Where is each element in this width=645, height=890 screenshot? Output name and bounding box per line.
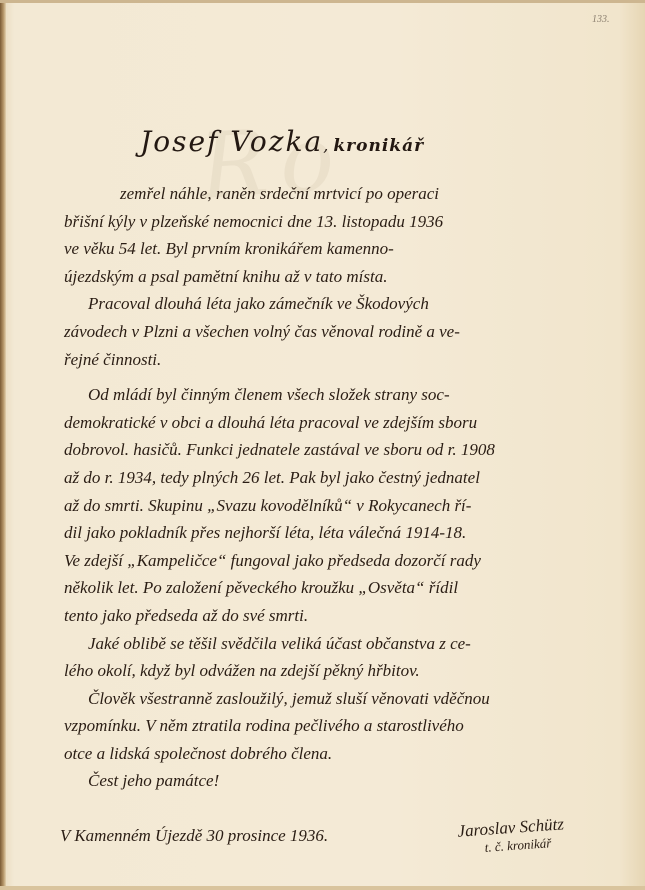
- text-line: několik let. Po založení pěveckého krouž…: [64, 574, 624, 602]
- page-bottom-edge: [0, 886, 645, 890]
- text-line: až do smrti. Skupinu „Svazu kovodělníků“…: [64, 492, 624, 520]
- page-top-edge: [0, 0, 645, 3]
- text-line: řejné činnosti.: [64, 346, 624, 374]
- text-line: Ve zdejší „Kampeličce“ fungoval jako pře…: [64, 547, 624, 575]
- text-line: demokratické v obci a dlouhá léta pracov…: [64, 409, 624, 437]
- title-separator: ,: [323, 136, 328, 155]
- text-line: ve věku 54 let. Byl prvním kronikářem ka…: [64, 235, 624, 263]
- title-name: Josef Vozka: [140, 125, 323, 158]
- text-line: lého okolí, když byl odvážen na zdejší p…: [64, 657, 624, 685]
- page-number: 133.: [592, 14, 610, 25]
- text-line: vzpomínku. V něm ztratila rodina pečlivé…: [64, 712, 624, 740]
- text-line: tento jako předseda až do své smrti.: [64, 602, 624, 630]
- title-role: kronikář: [333, 136, 424, 156]
- text-line: závodech v Plzni a všechen volný čas věn…: [64, 318, 624, 346]
- text-line: dil jako pokladník přes nejhorší léta, l…: [64, 519, 624, 547]
- text-line: otce a lidská společnost dobrého člena.: [64, 740, 624, 768]
- book-binding-edge: [0, 0, 6, 890]
- signature-block: Jaroslav Schütz t. č. kronikář: [457, 814, 566, 857]
- place-and-date: V Kamenném Újezdě 30 prosince 1936.: [60, 826, 328, 846]
- text-line: břišní kýly v plzeňské nemocnici dne 13.…: [64, 208, 624, 236]
- text-line: Jaké oblibě se těšil svědčila veliká úča…: [64, 630, 624, 658]
- text-line: až do r. 1934, tedy plných 26 let. Pak b…: [64, 464, 624, 492]
- text-line: Od mládí byl činným členem všech složek …: [64, 381, 624, 409]
- text-line: zemřel náhle, raněn srdeční mrtvicí po o…: [64, 180, 624, 208]
- text-line: újezdským a psal pamětní knihu až v tato…: [64, 263, 624, 291]
- entry-title: Josef Vozka, kronikář: [140, 125, 424, 158]
- entry-body: zemřel náhle, raněn srdeční mrtvicí po o…: [64, 180, 624, 795]
- text-line: dobrovol. hasičů. Funkci jednatele zastá…: [64, 436, 624, 464]
- text-line: Člověk všestranně zasloužilý, jemuž sluš…: [64, 685, 624, 713]
- text-line: Pracoval dlouhá léta jako zámečník ve Šk…: [64, 290, 624, 318]
- chronicle-page: Ro 133. Josef Vozka, kronikář zemřel náh…: [0, 0, 645, 890]
- text-line: Čest jeho památce!: [64, 767, 624, 795]
